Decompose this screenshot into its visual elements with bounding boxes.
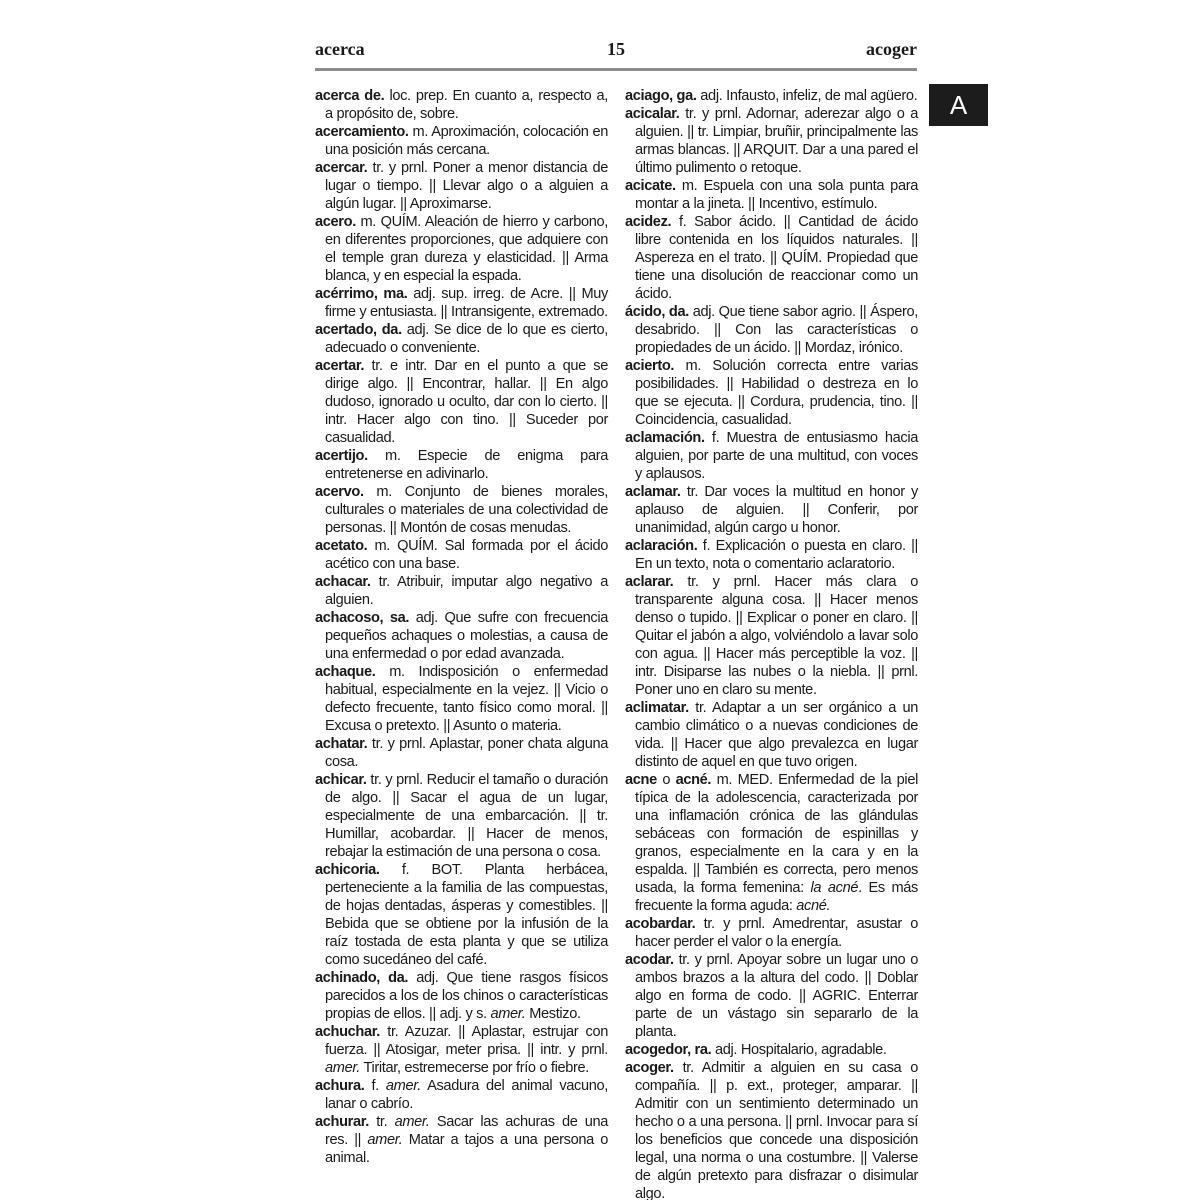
headword: achacar. xyxy=(315,574,371,590)
headword: aclamar. xyxy=(625,484,681,500)
headword: acervo. xyxy=(315,484,364,500)
dictionary-entry: acérrimo, ma. adj. sup. irreg. de Acre. … xyxy=(315,285,608,321)
definition: adj. Hospitalario, agradable. xyxy=(711,1042,886,1058)
dictionary-entry: acierto. m. Solución correcta entre vari… xyxy=(625,357,918,429)
headword: achicoria. xyxy=(315,862,380,878)
headword: acertijo. xyxy=(315,448,368,464)
dictionary-entry: aclaración. f. Explicación o puesta en c… xyxy=(625,537,918,573)
dictionary-entry: acero. m. QUÍM. Aleación de hierro y car… xyxy=(315,213,608,285)
headword: acercar. xyxy=(315,160,367,176)
dictionary-entry: acogedor, ra. adj. Hospitalario, agradab… xyxy=(625,1041,918,1059)
headword: achacoso, sa. xyxy=(315,610,409,626)
dictionary-entry: acercar. tr. y prnl. Poner a menor dista… xyxy=(315,159,608,213)
headword: acierto. xyxy=(625,358,674,374)
headword-connector: o xyxy=(657,772,676,788)
headword: acicate. xyxy=(625,178,676,194)
definition: adj. Infausto, infeliz, de mal agüero. xyxy=(697,88,918,104)
definition: m. Especie de enigma para entretenerse e… xyxy=(325,448,608,482)
dictionary-entry: acetato. m. QUÍM. Sal formada por el áci… xyxy=(315,537,608,573)
thumb-index-tab: A xyxy=(929,84,988,126)
dictionary-entry: acercamiento. m. Aproximación, colocació… xyxy=(315,123,608,159)
dictionary-entry: achacoso, sa. adj. Que sufre con frecuen… xyxy=(315,609,608,663)
headword: ácido, da. xyxy=(625,304,689,320)
headword: aclamación. xyxy=(625,430,705,446)
definition: m. QUÍM. Aleación de hierro y carbono, e… xyxy=(325,214,608,284)
italic-text: amer. xyxy=(490,1006,525,1022)
italic-text: amer. xyxy=(325,1060,360,1076)
headword: achaque. xyxy=(315,664,375,680)
headword: acne xyxy=(625,772,657,788)
dictionary-entry: achurar. tr. amer. Sacar las achuras de … xyxy=(315,1113,608,1167)
definition: Mestizo. xyxy=(525,1006,580,1022)
dictionary-entry: aclarar. tr. y prnl. Hacer más clara o t… xyxy=(625,573,918,699)
definition: tr. y prnl. Reducir el tamaño o duración… xyxy=(325,772,608,860)
headword: acertar. xyxy=(315,358,364,374)
dictionary-entry: acerca de. loc. prep. En cuanto a, respe… xyxy=(315,87,608,123)
dictionary-entry: achicar. tr. y prnl. Reducir el tamaño o… xyxy=(315,771,608,861)
definition: Tiritar, estremecerse por frío o fiebre. xyxy=(360,1060,589,1076)
definition: m. Solución correcta entre varias posibi… xyxy=(635,358,918,428)
headword: acerca de. xyxy=(315,88,384,104)
definition: m. MED. Enfermedad de la piel típica de … xyxy=(635,772,918,896)
italic-text: amer. xyxy=(386,1078,421,1094)
headword: acetato. xyxy=(315,538,367,554)
headword: achuchar. xyxy=(315,1024,380,1040)
definition: f. Sabor ácido. || Cantidad de ácido lib… xyxy=(635,214,918,302)
definition: tr. y prnl. Poner a menor distancia de l… xyxy=(325,160,608,212)
headword: acercamiento. xyxy=(315,124,409,140)
dictionary-entry: acodar. tr. y prnl. Apoyar sobre un luga… xyxy=(625,951,918,1041)
definition: tr. y prnl. Aplastar, poner chata alguna… xyxy=(325,736,608,770)
headword: acoger. xyxy=(625,1060,674,1076)
headword: acogedor, ra. xyxy=(625,1042,711,1058)
dictionary-entry: aclimatar. tr. Adaptar a un ser orgánico… xyxy=(625,699,918,771)
headword: acérrimo, ma. xyxy=(315,286,407,302)
definition: m. QUÍM. Sal formada por el ácido acétic… xyxy=(325,538,608,572)
dictionary-entry: acoger. tr. Admitir a alguien en su casa… xyxy=(625,1059,918,1200)
headword-variant: acné. xyxy=(676,772,712,788)
dictionary-entry: achacar. tr. Atribuir, imputar algo nega… xyxy=(315,573,608,609)
headword: aciago, ga. xyxy=(625,88,697,104)
definition: f. xyxy=(364,1078,385,1094)
headword: achura. xyxy=(315,1078,364,1094)
definition: tr. y prnl. Hacer más clara o transparen… xyxy=(635,574,918,698)
headword: acobardar. xyxy=(625,916,695,932)
italic-text: amer. xyxy=(367,1132,402,1148)
dictionary-entry: achinado, da. adj. Que tiene rasgos físi… xyxy=(315,969,608,1023)
headword: achicar. xyxy=(315,772,367,788)
dictionary-entry: achaque. m. Indisposición o enfermedad h… xyxy=(315,663,608,735)
running-header: acerca 15 acoger xyxy=(315,38,917,71)
italic-text: amer. xyxy=(395,1114,430,1130)
dictionary-entry: achatar. tr. y prnl. Aplastar, poner cha… xyxy=(315,735,608,771)
definition: tr. y prnl. Apoyar sobre un lugar uno o … xyxy=(635,952,918,1040)
headword: achinado, da. xyxy=(315,970,408,986)
headword: acertado, da. xyxy=(315,322,402,338)
headword: aclarar. xyxy=(625,574,673,590)
headword: aclimatar. xyxy=(625,700,689,716)
headword: aclaración. xyxy=(625,538,697,554)
headword: acero. xyxy=(315,214,356,230)
dictionary-entry: aclamar. tr. Dar voces la multitud en ho… xyxy=(625,483,918,537)
dictionary-entry: acidez. f. Sabor ácido. || Cantidad de á… xyxy=(625,213,918,303)
dictionary-entry: ácido, da. adj. Que tiene sabor agrio. |… xyxy=(625,303,918,357)
headword: achurar. xyxy=(315,1114,369,1130)
dictionary-entry: achura. f. amer. Asadura del animal vacu… xyxy=(315,1077,608,1113)
italic-text: la acné xyxy=(811,880,859,896)
dictionary-entry: achicoria. f. BOT. Planta herbácea, pert… xyxy=(315,861,608,969)
definition: tr. e intr. Dar en el punto a que se dir… xyxy=(325,358,608,446)
guide-word-right: acoger xyxy=(866,38,917,60)
italic-text: acné. xyxy=(796,898,830,914)
page-number: 15 xyxy=(315,38,917,60)
headword: achatar. xyxy=(315,736,367,752)
left-column: acerca de. loc. prep. En cuanto a, respe… xyxy=(315,87,608,1167)
dictionary-entry: acervo. m. Conjunto de bienes morales, c… xyxy=(315,483,608,537)
dictionary-entry: acertar. tr. e intr. Dar en el punto a q… xyxy=(315,357,608,447)
dictionary-entry: aclamación. f. Muestra de entusiasmo hac… xyxy=(625,429,918,483)
dictionary-entry: acertado, da. adj. Se dice de lo que es … xyxy=(315,321,608,357)
dictionary-entry: acicate. m. Espuela con una sola punta p… xyxy=(625,177,918,213)
dictionary-entry: aciago, ga. adj. Infausto, infeliz, de m… xyxy=(625,87,918,105)
dictionary-entry: achuchar. tr. Azuzar. || Aplastar, estru… xyxy=(315,1023,608,1077)
dictionary-entry: acobardar. tr. y prnl. Amedrentar, asust… xyxy=(625,915,918,951)
definition: m. Conjunto de bienes morales, culturale… xyxy=(325,484,608,536)
headword: acidez. xyxy=(625,214,671,230)
dictionary-entry: acertijo. m. Especie de enigma para entr… xyxy=(315,447,608,483)
right-column: aciago, ga. adj. Infausto, infeliz, de m… xyxy=(625,87,918,1200)
dictionary-entry: acicalar. tr. y prnl. Adornar, aderezar … xyxy=(625,105,918,177)
headword: acodar. xyxy=(625,952,674,968)
headword: acicalar. xyxy=(625,106,679,122)
definition: tr. xyxy=(369,1114,395,1130)
dictionary-entry: acne o acné. m. MED. Enfermedad de la pi… xyxy=(625,771,918,915)
definition: tr. Admitir a alguien en su casa o compa… xyxy=(635,1060,918,1200)
definition: m. Espuela con una sola punta para monta… xyxy=(635,178,918,212)
